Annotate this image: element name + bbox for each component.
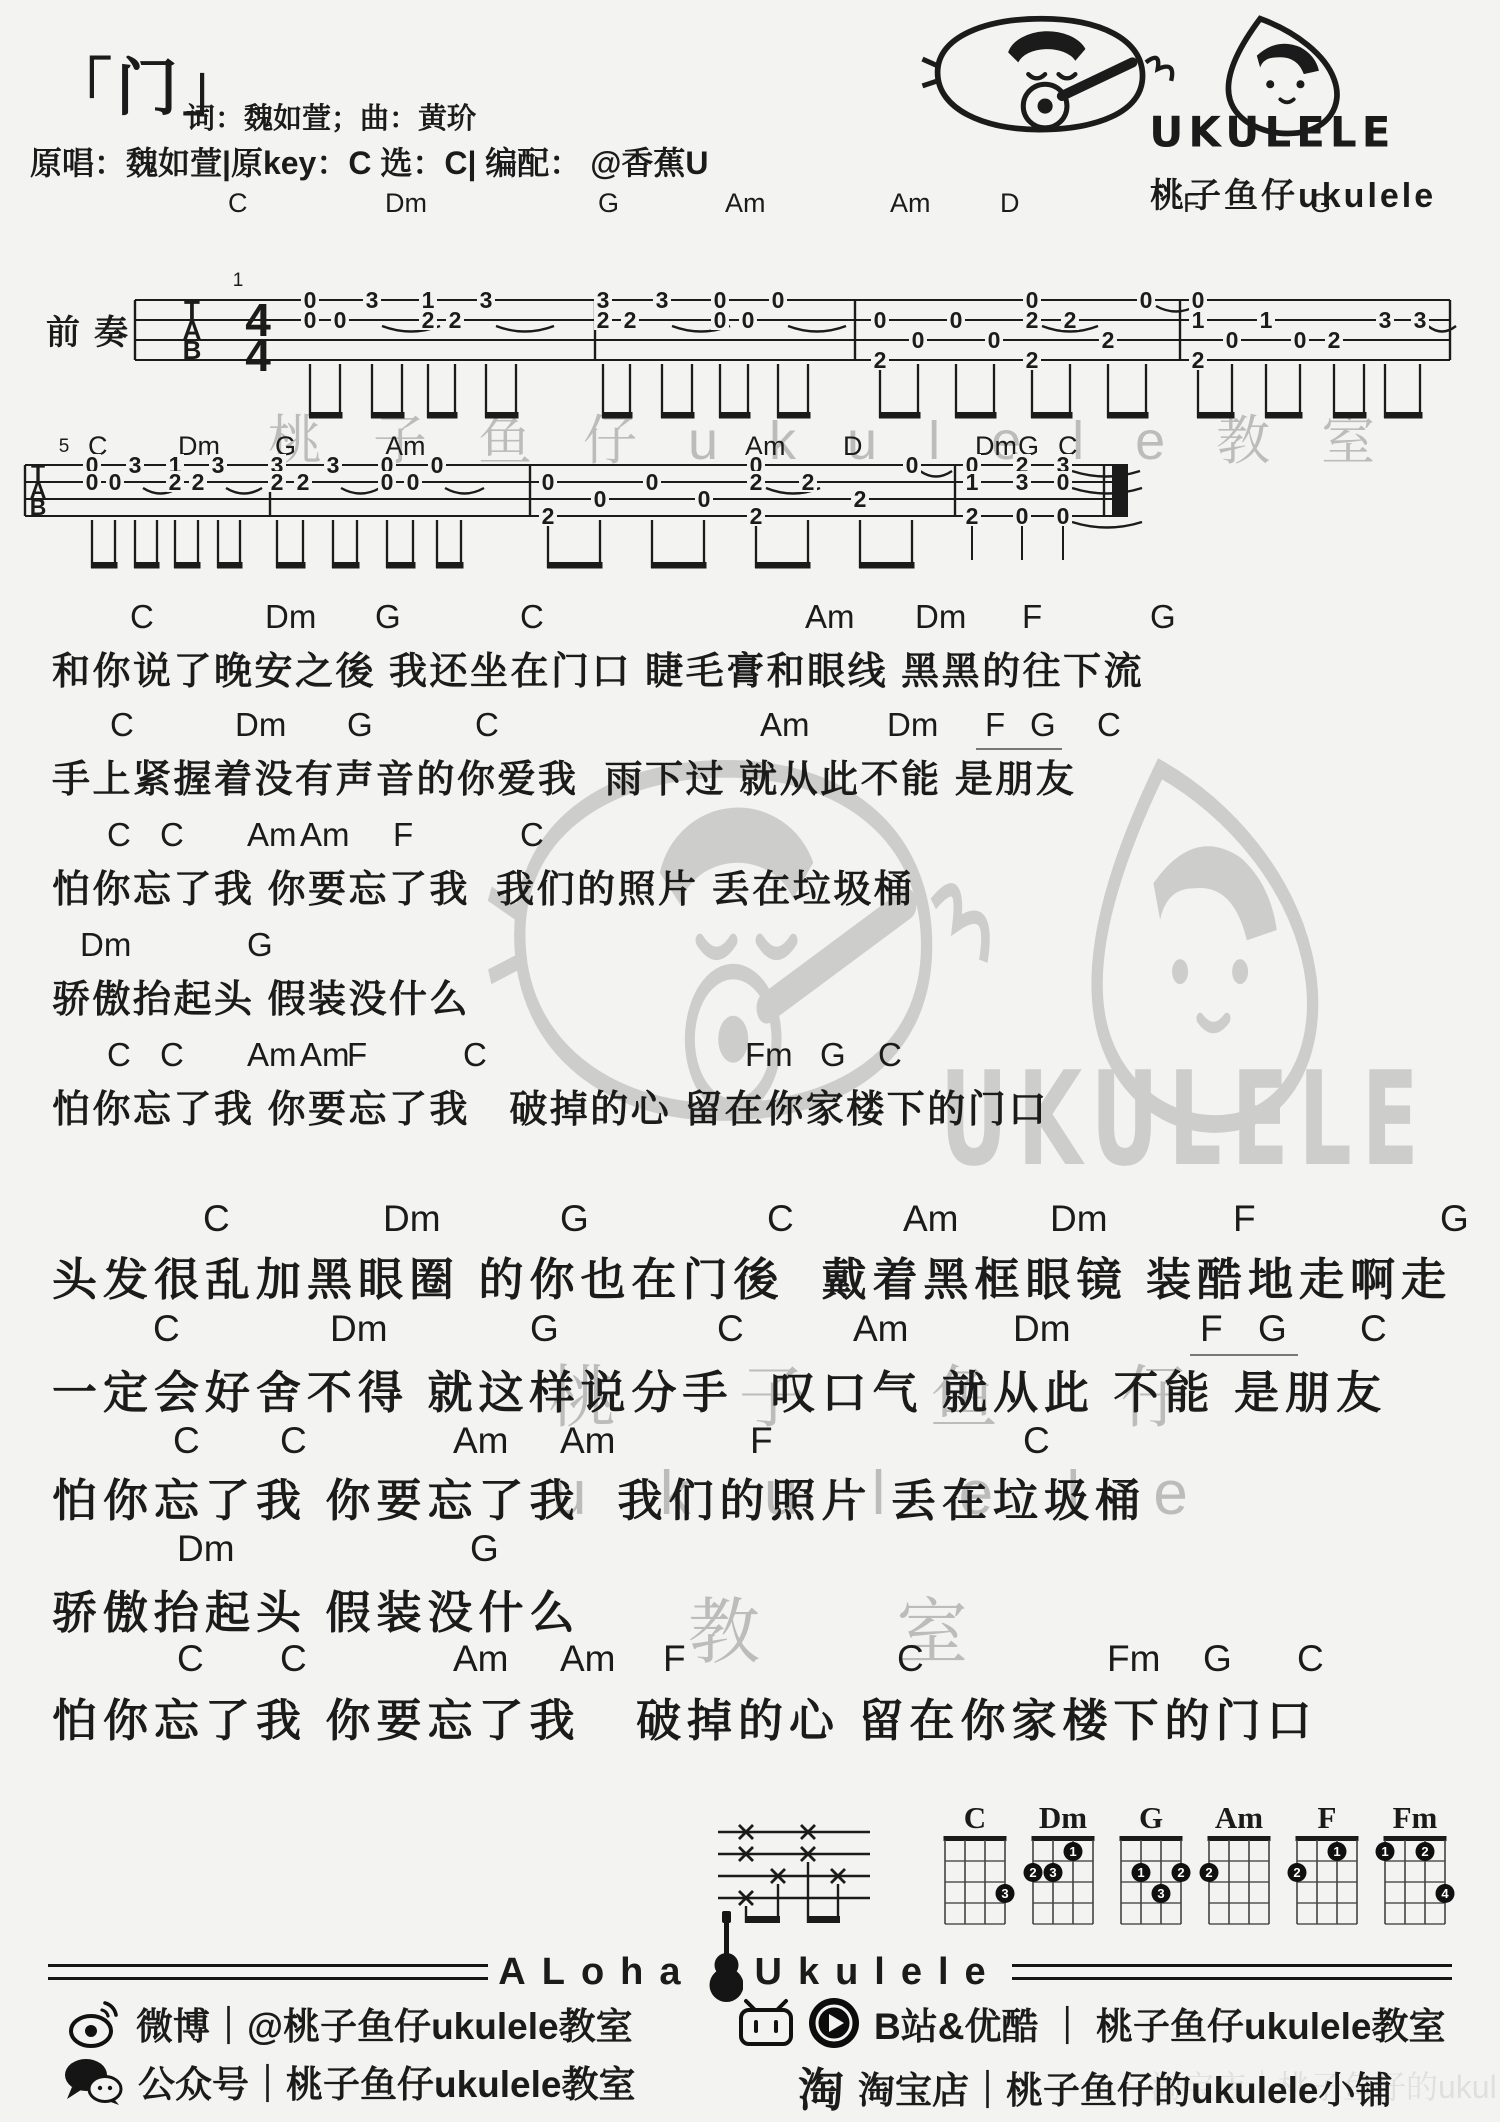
divider-left-word: ALoha bbox=[498, 1951, 696, 1994]
chord-label: C bbox=[1360, 1308, 1387, 1350]
svg-text:Dm: Dm bbox=[178, 431, 220, 461]
taobao-icon: 淘 bbox=[798, 2054, 844, 2120]
svg-text:4: 4 bbox=[245, 294, 271, 346]
svg-text:0: 0 bbox=[1057, 503, 1070, 529]
bilibili-icon bbox=[738, 1998, 794, 2048]
chord-label: G bbox=[1030, 706, 1056, 744]
chord-label: Dm bbox=[80, 926, 131, 964]
svg-text:Dm: Dm bbox=[385, 188, 427, 218]
svg-text:T: T bbox=[31, 460, 45, 486]
chord-diagram-F: F12 bbox=[1288, 1800, 1359, 1924]
chord-label: F bbox=[985, 706, 1005, 744]
svg-text:2: 2 bbox=[750, 503, 763, 529]
chord-label: C bbox=[110, 706, 134, 744]
chord-label: C bbox=[107, 1036, 131, 1074]
svg-text:0: 0 bbox=[304, 287, 317, 313]
svg-text:B: B bbox=[30, 494, 47, 520]
svg-text:B: B bbox=[183, 335, 202, 365]
lyric-line: 和你说了晚安之後 我还坐在门口 睫毛膏和眼线 黑黑的往下流 bbox=[52, 640, 1144, 695]
lyric-line: 骄傲抬起头 假装没什么 bbox=[52, 968, 470, 1023]
svg-text:Am: Am bbox=[1215, 1800, 1263, 1835]
chord-label: C bbox=[130, 598, 154, 636]
svg-text:0: 0 bbox=[1026, 287, 1039, 313]
chord-label: Dm bbox=[235, 706, 286, 744]
chord-label: F bbox=[347, 1036, 367, 1074]
svg-text:0: 0 bbox=[950, 307, 963, 333]
lyric-line: 怕你忘了我 你要忘了我 破掉的心 留在你家楼下的门口 bbox=[52, 1684, 1318, 1749]
svg-text:Dm: Dm bbox=[1039, 1800, 1087, 1835]
chord-label: Am bbox=[453, 1638, 509, 1680]
chord-label: C bbox=[475, 706, 499, 744]
chord-label: Dm bbox=[330, 1308, 388, 1350]
svg-text:1: 1 bbox=[233, 270, 244, 291]
chord-label: Am bbox=[247, 1036, 297, 1074]
watermark-logo-icon bbox=[420, 748, 1500, 1268]
sheet-music-page: 「门」 词：魏如萱；曲：黄玠 原唱：魏如萱|原key：C 选：C| 编配： @香… bbox=[0, 0, 1500, 2122]
svg-text:3: 3 bbox=[480, 287, 493, 313]
divider-line bbox=[1012, 1964, 1452, 1980]
svg-text:0: 0 bbox=[988, 327, 1001, 353]
svg-text:4: 4 bbox=[245, 329, 271, 381]
chord-diagram-G: G123 bbox=[1120, 1800, 1191, 1924]
svg-text:C: C bbox=[964, 1800, 986, 1835]
svg-text:2: 2 bbox=[542, 503, 555, 529]
svg-text:2: 2 bbox=[449, 307, 462, 333]
chord-label: C bbox=[520, 598, 544, 636]
chord-label: C bbox=[173, 1420, 200, 1462]
svg-text:0: 0 bbox=[1140, 287, 1153, 313]
watermark-text-uku: u k u l e l e bbox=[552, 1458, 1216, 1529]
svg-text:2: 2 bbox=[1064, 307, 1077, 333]
chord-label: G bbox=[1258, 1308, 1287, 1350]
svg-text:1: 1 bbox=[1137, 1865, 1144, 1880]
svg-text:3: 3 bbox=[129, 452, 142, 478]
chord-label: G bbox=[347, 706, 373, 744]
footer-taobao-label: 淘宝店｜桃子鱼仔的ukulele小铺 bbox=[858, 2060, 1393, 2114]
svg-text:F: F bbox=[1318, 1800, 1337, 1835]
svg-text:1: 1 bbox=[1069, 1844, 1076, 1859]
svg-text:3: 3 bbox=[366, 287, 379, 313]
chord-label: C bbox=[1097, 706, 1121, 744]
tab-staff: TAB44前奏1CDmGAmAmDFG000312233223000002000… bbox=[46, 188, 1456, 419]
svg-text:0: 0 bbox=[742, 307, 755, 333]
svg-text:2: 2 bbox=[1192, 347, 1205, 373]
chord-label: Am bbox=[560, 1638, 616, 1680]
svg-text:4: 4 bbox=[1441, 1886, 1449, 1901]
svg-text:0: 0 bbox=[1226, 327, 1239, 353]
svg-text:0: 0 bbox=[714, 287, 727, 313]
svg-text:2: 2 bbox=[1205, 1865, 1212, 1880]
svg-text:A: A bbox=[183, 315, 202, 345]
wechat-icon bbox=[62, 2055, 124, 2107]
svg-text:G: G bbox=[1139, 1800, 1163, 1835]
svg-text:2: 2 bbox=[192, 469, 205, 495]
svg-text:0: 0 bbox=[714, 307, 727, 333]
svg-text:5: 5 bbox=[59, 436, 70, 457]
svg-text:0: 0 bbox=[772, 287, 785, 313]
svg-text:3: 3 bbox=[1379, 307, 1392, 333]
svg-text:0: 0 bbox=[912, 327, 925, 353]
footer-weibo: 微博｜@桃子鱼仔ukulele教室 bbox=[68, 1996, 633, 2050]
svg-text:A: A bbox=[30, 477, 47, 503]
chord-label: C bbox=[177, 1638, 204, 1680]
svg-text:0: 0 bbox=[86, 452, 99, 478]
chord-label: Dm bbox=[887, 706, 938, 744]
chord-label: C bbox=[160, 816, 184, 854]
svg-text:Am: Am bbox=[890, 188, 931, 218]
svg-text:0: 0 bbox=[304, 307, 317, 333]
svg-text:2: 2 bbox=[1026, 347, 1039, 373]
watermark-text-room: 教 室 bbox=[688, 1574, 1026, 1678]
chord-label: C bbox=[280, 1638, 307, 1680]
chord-label: C bbox=[153, 1308, 180, 1350]
chord-label: C bbox=[280, 1420, 307, 1462]
watermark-text-line: 桃 子 鱼 仔 u k u l e l e 教 室 bbox=[268, 398, 1393, 475]
svg-text:D: D bbox=[1000, 188, 1020, 218]
chord-label: C bbox=[107, 816, 131, 854]
svg-text:1: 1 bbox=[422, 287, 435, 313]
song-credits: 词：魏如萱；曲：黄玠 bbox=[186, 96, 476, 137]
svg-text:2: 2 bbox=[1293, 1865, 1300, 1880]
footer-video: B站&优酷 ｜ 桃子鱼仔ukulele教室 bbox=[738, 1996, 1446, 2050]
svg-text:2: 2 bbox=[854, 486, 867, 512]
svg-text:2: 2 bbox=[1328, 327, 1341, 353]
svg-text:0: 0 bbox=[698, 486, 711, 512]
svg-text:0: 0 bbox=[1016, 503, 1029, 529]
lyric-line: 骄傲抬起头 假装没什么 bbox=[52, 1576, 581, 1641]
svg-text:2: 2 bbox=[874, 347, 887, 373]
footer-weibo-label: 微博｜@桃子鱼仔ukulele教室 bbox=[136, 1996, 633, 2050]
svg-text:2: 2 bbox=[1421, 1844, 1428, 1859]
chord-diagram-Dm: Dm123 bbox=[1024, 1800, 1095, 1924]
svg-text:1: 1 bbox=[1381, 1844, 1388, 1859]
svg-text:3: 3 bbox=[597, 287, 610, 313]
svg-text:T: T bbox=[184, 295, 200, 325]
footer-wechat-label: 公众号｜桃子鱼仔ukulele教室 bbox=[138, 2054, 636, 2108]
footer-wechat: 公众号｜桃子鱼仔ukulele教室 bbox=[62, 2054, 636, 2108]
chord-label: Am bbox=[805, 598, 855, 636]
svg-text:3: 3 bbox=[1157, 1886, 1164, 1901]
svg-text:2: 2 bbox=[597, 307, 610, 333]
divider-line bbox=[48, 1964, 488, 1980]
svg-text:2: 2 bbox=[1102, 327, 1115, 353]
svg-text:1: 1 bbox=[1260, 307, 1273, 333]
footer-video-label: B站&优酷 ｜ 桃子鱼仔ukulele教室 bbox=[874, 1996, 1446, 2050]
play-icon bbox=[808, 1997, 860, 2049]
svg-text:3: 3 bbox=[1049, 1865, 1056, 1880]
svg-text:C: C bbox=[228, 188, 248, 218]
chord-label: C bbox=[203, 1198, 230, 1240]
chord-label: G bbox=[1150, 598, 1176, 636]
chord-label: Dm bbox=[177, 1528, 235, 1570]
chord-label: Am bbox=[453, 1420, 509, 1462]
chord-diagram-Am: Am2 bbox=[1200, 1800, 1271, 1924]
chord-label: G bbox=[375, 598, 401, 636]
chord-label: Am bbox=[300, 1036, 350, 1074]
chord-label: Am bbox=[300, 816, 350, 854]
ukulele-icon bbox=[709, 1909, 743, 2009]
svg-text:G: G bbox=[598, 188, 619, 218]
svg-text:2: 2 bbox=[169, 469, 182, 495]
svg-text:0: 0 bbox=[86, 469, 99, 495]
svg-text:1: 1 bbox=[169, 452, 182, 478]
svg-text:2: 2 bbox=[624, 307, 637, 333]
svg-text:C: C bbox=[88, 431, 108, 461]
svg-text:2: 2 bbox=[966, 503, 979, 529]
svg-text:0: 0 bbox=[334, 307, 347, 333]
svg-text:2: 2 bbox=[422, 307, 435, 333]
chord-label: F bbox=[393, 816, 413, 854]
brand-logo-icon bbox=[872, 12, 1487, 180]
footer-taobao: 淘 淘宝店｜桃子鱼仔的ukulele小铺 bbox=[798, 2054, 1393, 2120]
chord-label: C bbox=[160, 1036, 184, 1074]
svg-text:1: 1 bbox=[1333, 1844, 1340, 1859]
chord-label: Dm bbox=[915, 598, 966, 636]
chord-label: Am bbox=[247, 816, 297, 854]
svg-text:Am: Am bbox=[725, 188, 766, 218]
svg-text:2: 2 bbox=[1177, 1865, 1184, 1880]
svg-text:Fm: Fm bbox=[1393, 1800, 1438, 1835]
chord-label: Fm bbox=[1107, 1638, 1160, 1680]
chord-label: G bbox=[247, 926, 273, 964]
chord-label: Am bbox=[760, 706, 810, 744]
svg-text:3: 3 bbox=[656, 287, 669, 313]
song-meta-line: 原唱：魏如萱|原key：C 选：C| 编配： @香蕉U bbox=[30, 138, 709, 184]
chord-label: G bbox=[470, 1528, 499, 1570]
svg-text:前奏: 前奏 bbox=[46, 314, 142, 352]
svg-text:0: 0 bbox=[874, 307, 887, 333]
svg-text:3: 3 bbox=[1414, 307, 1427, 333]
svg-text:0: 0 bbox=[1294, 327, 1307, 353]
chord-label: F bbox=[663, 1638, 686, 1680]
watermark-text-tao: 桃 子 鱼 仔 bbox=[548, 1344, 1241, 1441]
svg-text:0: 0 bbox=[594, 486, 607, 512]
svg-text:2: 2 bbox=[1026, 307, 1039, 333]
chord-label: F bbox=[1022, 598, 1042, 636]
chord-diagram-Fm: Fm124 bbox=[1376, 1800, 1455, 1924]
chord-label: G bbox=[1203, 1638, 1232, 1680]
svg-text:0: 0 bbox=[109, 469, 122, 495]
chord-label: Dm bbox=[265, 598, 316, 636]
chord-label: C bbox=[1297, 1638, 1324, 1680]
divider-right-word: Ukulele bbox=[755, 1951, 1002, 1994]
brand-caption: 桃子鱼仔ukulele bbox=[1150, 168, 1436, 217]
svg-text:1: 1 bbox=[1192, 307, 1205, 333]
svg-text:3: 3 bbox=[212, 452, 225, 478]
svg-text:3: 3 bbox=[1001, 1886, 1008, 1901]
weibo-icon bbox=[68, 1996, 122, 2050]
aloha-divider: ALoha Ukulele bbox=[0, 1944, 1500, 2000]
chord-diagram-C: C3 bbox=[944, 1800, 1015, 1924]
svg-text:0: 0 bbox=[1192, 287, 1205, 313]
svg-text:2: 2 bbox=[1029, 1865, 1036, 1880]
